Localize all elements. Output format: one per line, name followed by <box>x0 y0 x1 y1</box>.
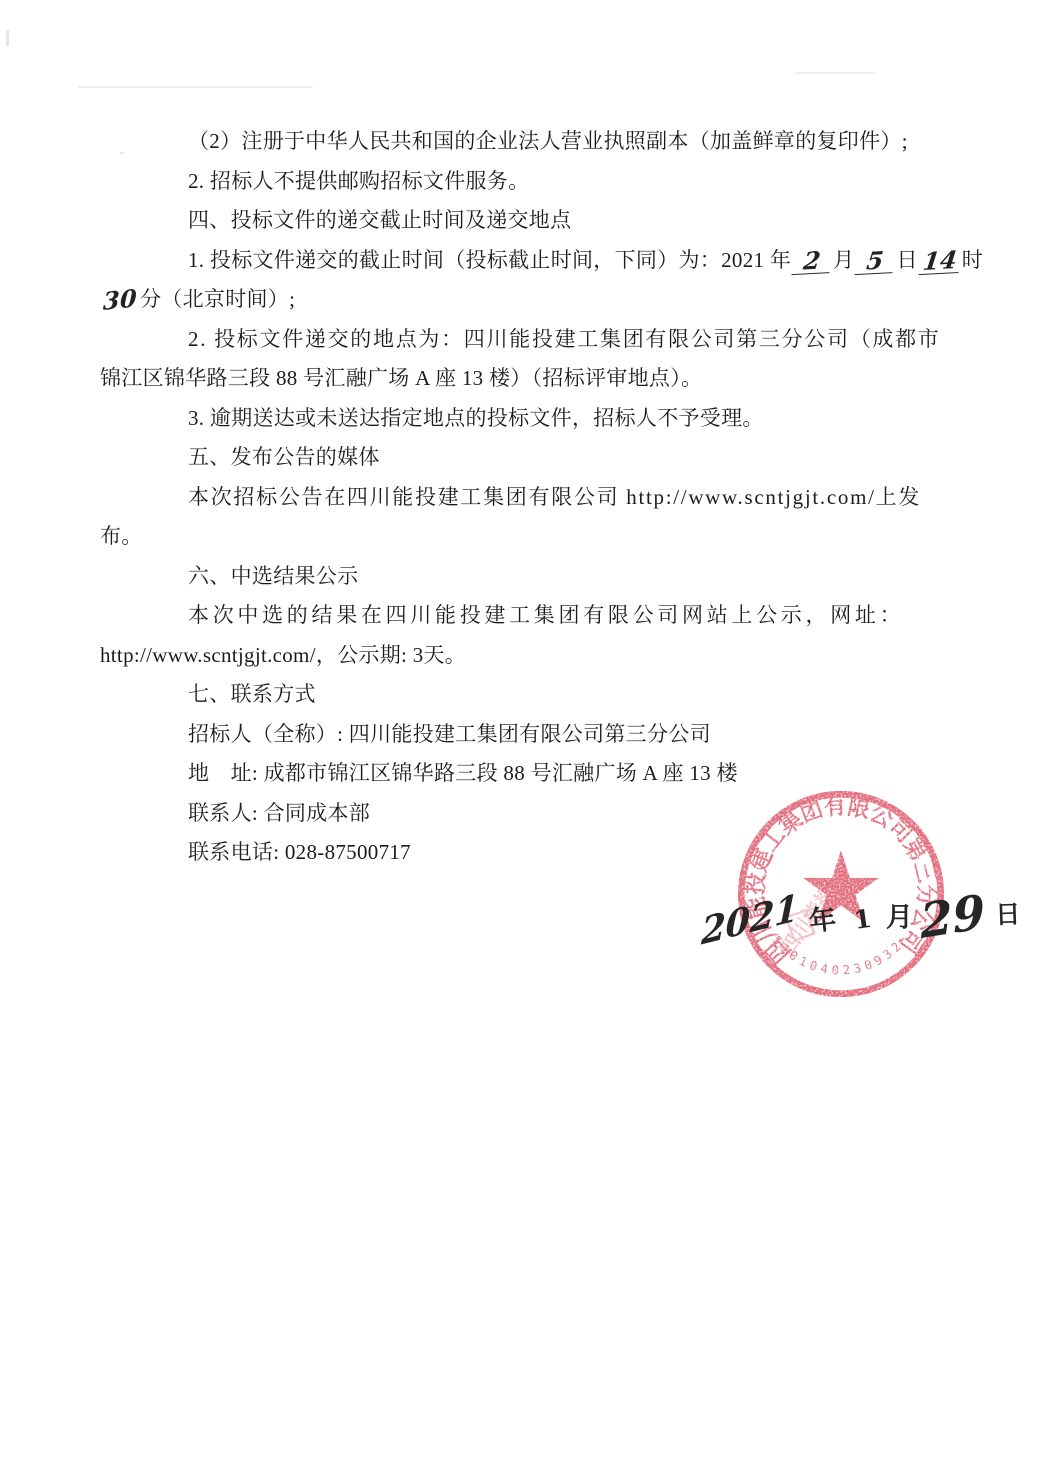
text-segment: 分（北京时间）; <box>140 287 295 311</box>
text-line: 七、联系方式 <box>100 675 960 715</box>
text-segment: 地 址: 成都市锦江区锦华路三段 88 号汇融广场 A 座 13 楼 <box>188 761 738 785</box>
handwritten-date: 2021 年 1 月 29 日 <box>699 887 1021 953</box>
text-segment: 2. 投标文件递交的地点为：四川能投建工集团有限公司第三分公司（成都市 <box>188 327 941 351</box>
text-line: 本次中选的结果在四川能投建工集团有限公司网站上公示，网址： <box>100 596 960 636</box>
text-line: 30分（北京时间）; <box>100 280 960 320</box>
text-line: 六、中选结果公示 <box>100 557 960 597</box>
text-line: 1. 投标文件递交的截止时间（投标截止时间，下同）为：2021 年2月5日14时 <box>100 241 960 281</box>
handwritten-date-part: 日 <box>995 894 1021 931</box>
text-segment: 1. 投标文件递交的截止时间（投标截止时间，下同）为：2021 年 <box>188 248 791 272</box>
text-segment: 招标人（全称）: 四川能投建工集团有限公司第三分公司 <box>188 722 711 746</box>
text-segment: 布。 <box>100 524 143 548</box>
handwritten-value: 2 <box>792 247 833 274</box>
document-content: （2）注册于中华人民共和国的企业法人营业执照副本（加盖鲜章的复印件）;2. 招标… <box>100 122 960 873</box>
handwritten-date-part: 2021 <box>701 886 800 954</box>
text-line: （2）注册于中华人民共和国的企业法人营业执照副本（加盖鲜章的复印件）; <box>100 122 960 162</box>
text-line: 布。 <box>100 517 960 557</box>
text-line: http://www.scntjgjt.com/，公示期: 3天。 <box>100 636 960 676</box>
handwritten-value: 5 <box>855 247 896 274</box>
handwritten-value: 14 <box>918 247 961 274</box>
text-segment: 六、中选结果公示 <box>188 564 358 588</box>
scan-artifact <box>795 72 875 74</box>
handwritten-value: 30 <box>100 286 141 314</box>
handwritten-date-part: 年 <box>807 897 838 939</box>
text-segment: 日 <box>896 248 917 272</box>
text-line: 五、发布公告的媒体 <box>100 438 960 478</box>
text-segment: 联系人: 合同成本部 <box>188 801 370 825</box>
text-line: 锦江区锦华路三段 88 号汇融广场 A 座 13 楼）（招标评审地点）。 <box>100 359 960 399</box>
text-line: 2. 投标文件递交的地点为：四川能投建工集团有限公司第三分公司（成都市 <box>100 320 960 360</box>
text-line: 四、投标文件的递交截止时间及递交地点 <box>100 201 960 241</box>
scan-artifact <box>6 30 9 46</box>
text-segment: 四、投标文件的递交截止时间及递交地点 <box>188 208 571 232</box>
text-segment: 时 <box>962 248 983 272</box>
text-line: 招标人（全称）: 四川能投建工集团有限公司第三分公司 <box>100 715 960 755</box>
text-segment: 本次招标公告在四川能投建工集团有限公司 http://www.scntjgjt.… <box>188 485 921 509</box>
text-line: 2. 招标人不提供邮购招标文件服务。 <box>100 162 960 202</box>
text-segment: 联系电话: 028-87500717 <box>188 840 411 864</box>
text-segment: （2）注册于中华人民共和国的企业法人营业执照副本（加盖鲜章的复印件）; <box>188 129 908 153</box>
text-segment: 锦江区锦华路三段 88 号汇融广场 A 座 13 楼）（招标评审地点）。 <box>100 366 702 390</box>
text-segment: http://www.scntjgjt.com/，公示期: 3天。 <box>100 643 466 667</box>
handwritten-date-part: 月 <box>886 896 913 935</box>
handwritten-date-part: 29 <box>919 885 986 950</box>
document-page: （2）注册于中华人民共和国的企业法人营业执照副本（加盖鲜章的复印件）;2. 招标… <box>0 0 1047 1480</box>
handwritten-date-part: 1 <box>852 904 873 935</box>
text-segment: 3. 逾期送达或未送达指定地点的投标文件，招标人不予受理。 <box>188 406 764 430</box>
text-segment: 2. 招标人不提供邮购招标文件服务。 <box>188 169 529 193</box>
text-line: 3. 逾期送达或未送达指定地点的投标文件，招标人不予受理。 <box>100 399 960 439</box>
text-line: 本次招标公告在四川能投建工集团有限公司 http://www.scntjgjt.… <box>100 478 960 518</box>
text-segment: 本次中选的结果在四川能投建工集团有限公司网站上公示，网址： <box>188 603 904 627</box>
text-segment: 月 <box>833 248 854 272</box>
text-segment: 五、发布公告的媒体 <box>188 445 380 469</box>
scan-artifact <box>78 86 313 88</box>
text-segment: 七、联系方式 <box>188 682 316 706</box>
